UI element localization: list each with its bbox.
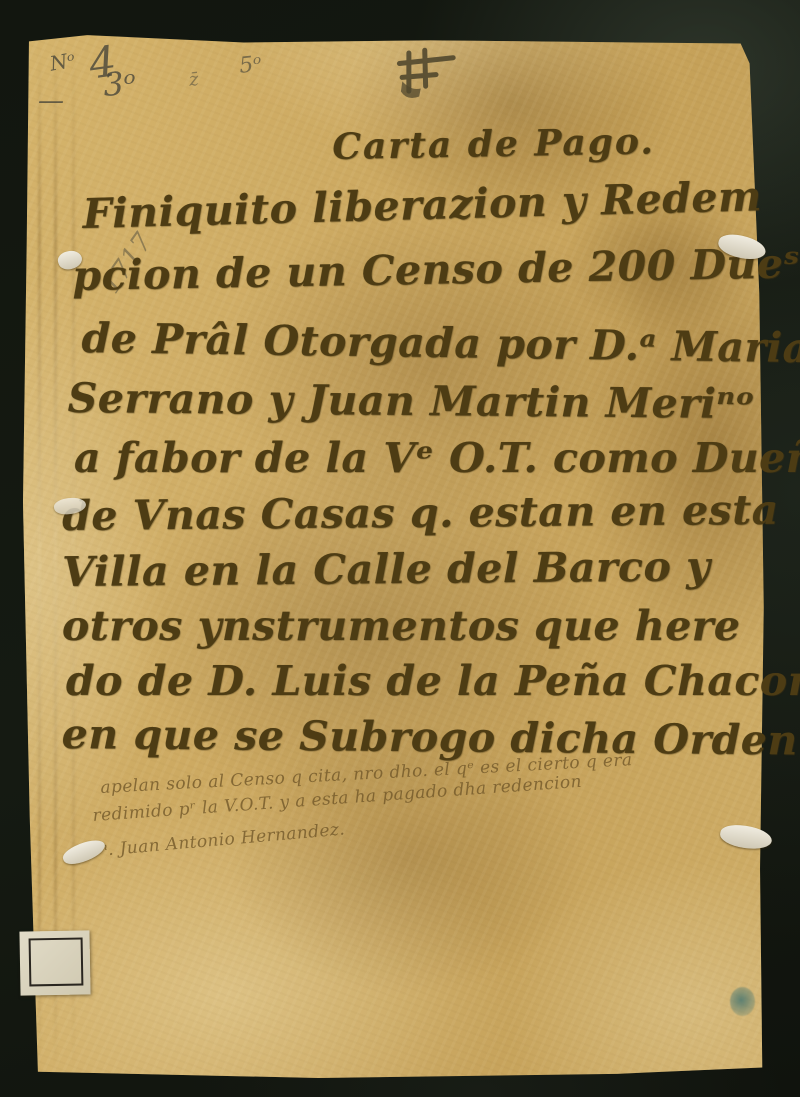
archive-label-border bbox=[29, 938, 84, 987]
archival-dash-mark: — bbox=[38, 86, 60, 116]
manuscript-line: Villa en la Calle del Barco y bbox=[62, 542, 711, 596]
photo-background: Nᵒ 4 3ᵒ — z̄ 5ᵒ 1717 Carta de Pago. Fini… bbox=[0, 0, 800, 1097]
archival-number-label: Nᵒ bbox=[48, 48, 77, 76]
ink-spot bbox=[730, 987, 755, 1016]
manuscript-line: de Prâl Otorgada por D.ᵃ Maria bbox=[81, 314, 800, 372]
archival-z-mark: z̄ bbox=[188, 69, 200, 91]
manuscript-line: en que se Subrogo dicha Orden bbox=[62, 710, 798, 764]
cross-mark-icon bbox=[395, 44, 464, 103]
manuscript-line: Serrano y Juan Martin Meriⁿᵒ bbox=[68, 374, 756, 428]
archival-number-tres: 3ᵒ bbox=[102, 64, 137, 104]
archive-label bbox=[19, 930, 90, 995]
manuscript-line: a fabor de la Vᵉ O.T. como Dueña bbox=[74, 434, 800, 482]
crease-line bbox=[38, 40, 41, 1070]
document-title: Carta de Pago. bbox=[332, 120, 655, 168]
crease-line bbox=[54, 40, 57, 1070]
manuscript-line: de Vnas Casas q. estan en esta bbox=[62, 486, 779, 540]
manuscript-line: otros ynstrumentos que here bbox=[62, 602, 741, 650]
archival-number-quinto: 5ᵒ bbox=[238, 52, 263, 79]
manuscript-line: do de D. Luis de la Peña Chacon bbox=[66, 657, 800, 705]
